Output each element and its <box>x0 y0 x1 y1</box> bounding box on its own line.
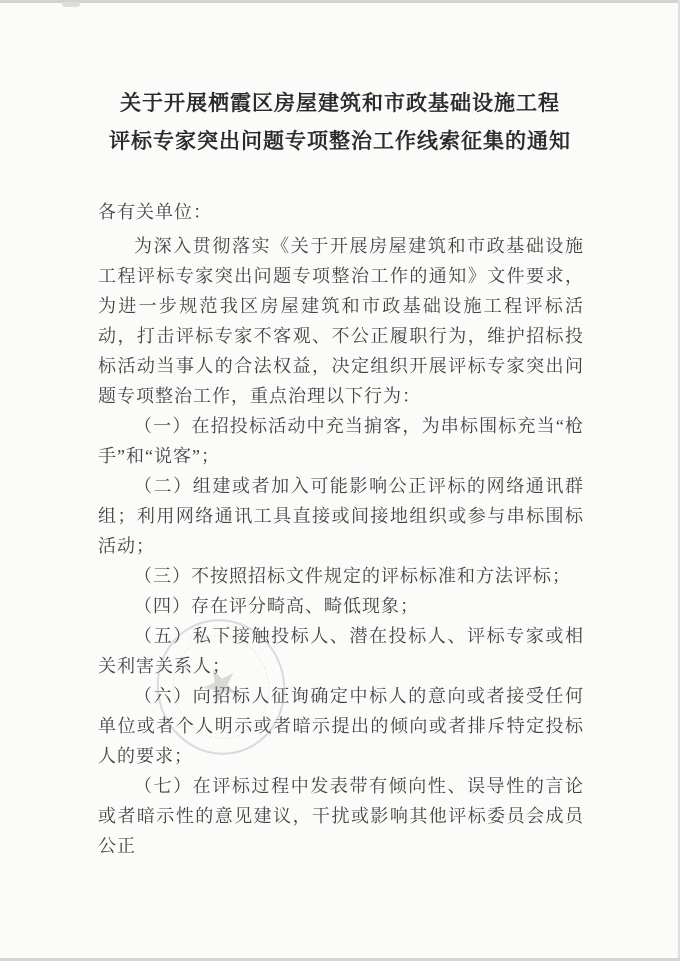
notice-title-line1: 关于开展栖霞区房屋建筑和市政基础设施工程 <box>70 84 610 122</box>
page-top-edge-notch <box>62 2 80 7</box>
paragraph-intro: 为深入贯彻落实《关于开展房屋建筑和市政基础设施工程评标专家突出问题专项整治工作的… <box>98 231 584 411</box>
paragraph-item-5: （五）私下接触投标人、潜在投标人、评标专家或相关利害关系人； <box>98 621 584 681</box>
notice-body: 各有关单位： 为深入贯彻落实《关于开展房屋建筑和市政基础设施工程评标专家突出问题… <box>98 197 584 861</box>
scanned-notice-page: 关于开展栖霞区房屋建筑和市政基础设施工程 评标专家突出问题专项整治工作线索征集的… <box>0 0 680 961</box>
paragraph-item-4: （四）存在评分畸高、畸低现象； <box>98 591 584 621</box>
paragraph-item-3: （三）不按照招标文件规定的评标标准和方法评标； <box>98 561 584 591</box>
page-top-edge <box>0 0 680 3</box>
notice-title: 关于开展栖霞区房屋建筑和市政基础设施工程 评标专家突出问题专项整治工作线索征集的… <box>70 84 610 160</box>
paragraph-item-7: （七）在评标过程中发表带有倾向性、误导性的言论或者暗示性的意见建议，干扰或影响其… <box>98 771 584 861</box>
salutation: 各有关单位： <box>98 197 584 227</box>
paragraph-item-6: （六）向招标人征询确定中标人的意向或者接受任何单位或者个人明示或者暗示提出的倾向… <box>98 681 584 771</box>
paragraph-item-1: （一）在招投标活动中充当掮客，为串标围标充当“枪手”和“说客”； <box>98 411 584 471</box>
paragraph-item-2: （二）组建或者加入可能影响公正评标的网络通讯群组；利用网络通讯工具直接或间接地组… <box>98 471 584 561</box>
notice-title-line2: 评标专家突出问题专项整治工作线索征集的通知 <box>70 122 610 160</box>
